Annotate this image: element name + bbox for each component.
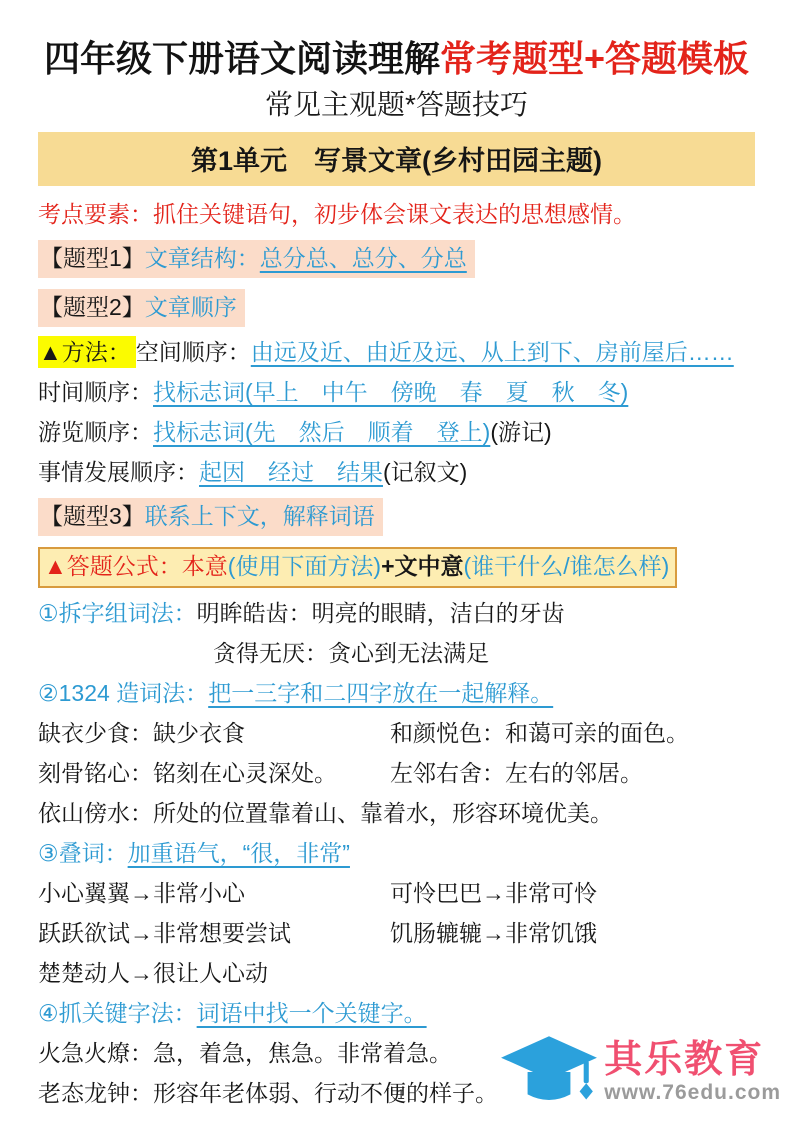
text-segment: 加重语气，“很，非常” <box>128 840 350 866</box>
content-line: 考点要素：抓住关键语句，初步体会课文表达的思想感情。 <box>38 200 755 229</box>
content-line: 游览顺序：找标志词(先 然后 顺着 登上)(游记) <box>38 418 755 447</box>
text-segment: 小心翼翼→非常小心 <box>38 880 245 906</box>
text-segment: 联系上下文，解释词语 <box>145 503 375 529</box>
graduation-cap-icon <box>498 1030 600 1116</box>
text-segment: 【题型2】 <box>40 294 145 320</box>
content-line: 【题型1】文章结构：总分总、总分、分总 <box>38 240 755 278</box>
text-segment: 饥肠辘辘→非常饥饿 <box>390 920 597 946</box>
content-line: 【题型2】文章顺序 <box>38 289 755 327</box>
column-1: 缺衣少食：缺少衣食 <box>38 719 390 748</box>
title-red-part: 常考题型+答题模板 <box>440 38 749 79</box>
text-segment: 空间顺序： <box>136 339 251 365</box>
text-segment: ④抓关键字法： <box>38 1000 197 1026</box>
text-segment: +文中意 <box>381 553 463 579</box>
text-segment: 把一三字和二四字放在一起解释。 <box>208 680 553 706</box>
text-segment: 明眸皓齿：明亮的眼睛，洁白的牙齿 <box>197 600 565 626</box>
content-line: 【题型3】联系上下文，解释词语 <box>38 498 755 536</box>
text-segment: 和颜悦色：和蔼可亲的面色。 <box>390 720 689 746</box>
question-type-tag-line: 【题型2】文章顺序 <box>38 289 245 327</box>
question-type-tag-line: 【题型3】联系上下文，解释词语 <box>38 498 383 536</box>
text-segment: (记叙文) <box>383 459 467 485</box>
text-segment: 火急火燎：急，着急，焦急。非常着急。 <box>38 1040 452 1066</box>
section-header: 第1单元 写景文章(乡村田园主题) <box>38 132 755 186</box>
document-page: 四年级下册语文阅读理解常考题型+答题模板 常见主观题*答题技巧 第1单元 写景文… <box>0 0 793 1122</box>
content-line: 楚楚动人→很让人心动 <box>38 959 755 988</box>
content-line: ②1324 造词法：把一三字和二四字放在一起解释。 <box>38 679 755 708</box>
text-segment: 由远及近、由近及远、从上到下、房前屋后…… <box>251 339 734 365</box>
text-segment: 找标志词(先 然后 顺着 登上) <box>153 419 490 445</box>
text-segment: ▲答题公式：本意 <box>44 553 228 579</box>
content-line: 缺衣少食：缺少衣食和颜悦色：和蔼可亲的面色。 <box>38 719 755 748</box>
text-segment: (使用下面方法) <box>228 553 381 579</box>
content-line: ①拆字组词法：明眸皓齿：明亮的眼睛，洁白的牙齿 <box>38 599 755 628</box>
text-segment: 文章结构： <box>145 245 260 271</box>
text-segment: 考点要素：抓住关键语句，初步体会课文表达的思想感情。 <box>38 201 636 227</box>
text-segment: 【题型3】 <box>40 503 145 529</box>
text-segment: 老态龙钟：形容年老体弱、行动不便的样子。 <box>38 1080 498 1106</box>
content-line: 时间顺序：找标志词(早上 中午 傍晚 春 夏 秋 冬) <box>38 378 755 407</box>
logo: 其乐教育 www.76edu.com <box>498 1030 781 1116</box>
content-line: 跃跃欲试→非常想要尝试饥肠辘辘→非常饥饿 <box>38 919 755 948</box>
content-body: 考点要素：抓住关键语句，初步体会课文表达的思想感情。【题型1】文章结构：总分总、… <box>38 200 755 1108</box>
column-1: 小心翼翼→非常小心 <box>38 879 390 908</box>
text-segment: 缺衣少食：缺少衣食 <box>38 720 245 746</box>
content-line: ③叠词：加重语气，“很，非常” <box>38 839 755 868</box>
subtitle: 常见主观题*答题技巧 <box>0 83 793 123</box>
text-segment: 刻骨铭心：铭刻在心灵深处。 <box>38 760 337 786</box>
text-segment: 【题型1】 <box>40 245 145 271</box>
logo-name: 其乐教育 <box>604 1041 781 1081</box>
content-line: 刻骨铭心：铭刻在心灵深处。左邻右舍：左右的邻居。 <box>38 759 755 788</box>
text-segment: 依山傍水：所处的位置靠着山、靠着水，形容环境优美。 <box>38 800 613 826</box>
page-number: 1 <box>397 1086 405 1102</box>
text-segment: ▲方法： <box>38 336 136 368</box>
text-segment: (游记) <box>490 419 551 445</box>
text-segment: 跃跃欲试→非常想要尝试 <box>38 920 291 946</box>
text-segment: ①拆字组词法： <box>38 600 197 626</box>
content-line: 小心翼翼→非常小心可怜巴巴→非常可怜 <box>38 879 755 908</box>
text-segment: ②1324 造词法： <box>38 680 208 706</box>
content-line: 事情发展顺序：起因 经过 结果(记叙文) <box>38 458 755 487</box>
text-segment: 词语中找一个关键字。 <box>197 1000 427 1026</box>
text-segment: ③叠词： <box>38 840 128 866</box>
text-segment: 总分总、总分、分总 <box>260 245 467 271</box>
text-segment: 时间顺序： <box>38 379 153 405</box>
column-1: 刻骨铭心：铭刻在心灵深处。 <box>38 759 390 788</box>
text-segment: 文章顺序 <box>145 294 237 320</box>
content-line: ▲方法：空间顺序：由远及近、由近及远、从上到下、房前屋后…… <box>38 338 755 367</box>
title-black-part: 四年级下册语文阅读理解 <box>44 38 440 79</box>
logo-text: 其乐教育 www.76edu.com <box>604 1041 781 1105</box>
text-segment: 事情发展顺序： <box>38 459 199 485</box>
text-segment: 左邻右舍：左右的邻居。 <box>390 760 643 786</box>
text-segment: (谁干什么/谁怎么样) <box>464 553 670 579</box>
text-segment: 贪得无厌：贪心到无法满足 <box>213 640 489 666</box>
content-line: ▲答题公式：本意(使用下面方法)+文中意(谁干什么/谁怎么样) <box>38 547 755 588</box>
content-line: 依山傍水：所处的位置靠着山、靠着水，形容环境优美。 <box>38 799 755 828</box>
content-line: ④抓关键字法：词语中找一个关键字。 <box>38 999 755 1028</box>
logo-url: www.76edu.com <box>604 1081 781 1105</box>
column-1: 跃跃欲试→非常想要尝试 <box>38 919 390 948</box>
text-segment: 游览顺序： <box>38 419 153 445</box>
text-segment: 起因 经过 结果 <box>199 459 383 485</box>
text-segment: 楚楚动人→很让人心动 <box>38 960 268 986</box>
answer-formula-box: ▲答题公式：本意(使用下面方法)+文中意(谁干什么/谁怎么样) <box>38 547 677 588</box>
content-line: 贪得无厌：贪心到无法满足 <box>38 639 755 668</box>
document-title: 四年级下册语文阅读理解常考题型+答题模板 <box>0 0 793 79</box>
text-segment: 可怜巴巴→非常可怜 <box>390 880 597 906</box>
question-type-tag-line: 【题型1】文章结构：总分总、总分、分总 <box>38 240 475 278</box>
text-segment: 找标志词(早上 中午 傍晚 春 夏 秋 冬) <box>153 379 628 405</box>
